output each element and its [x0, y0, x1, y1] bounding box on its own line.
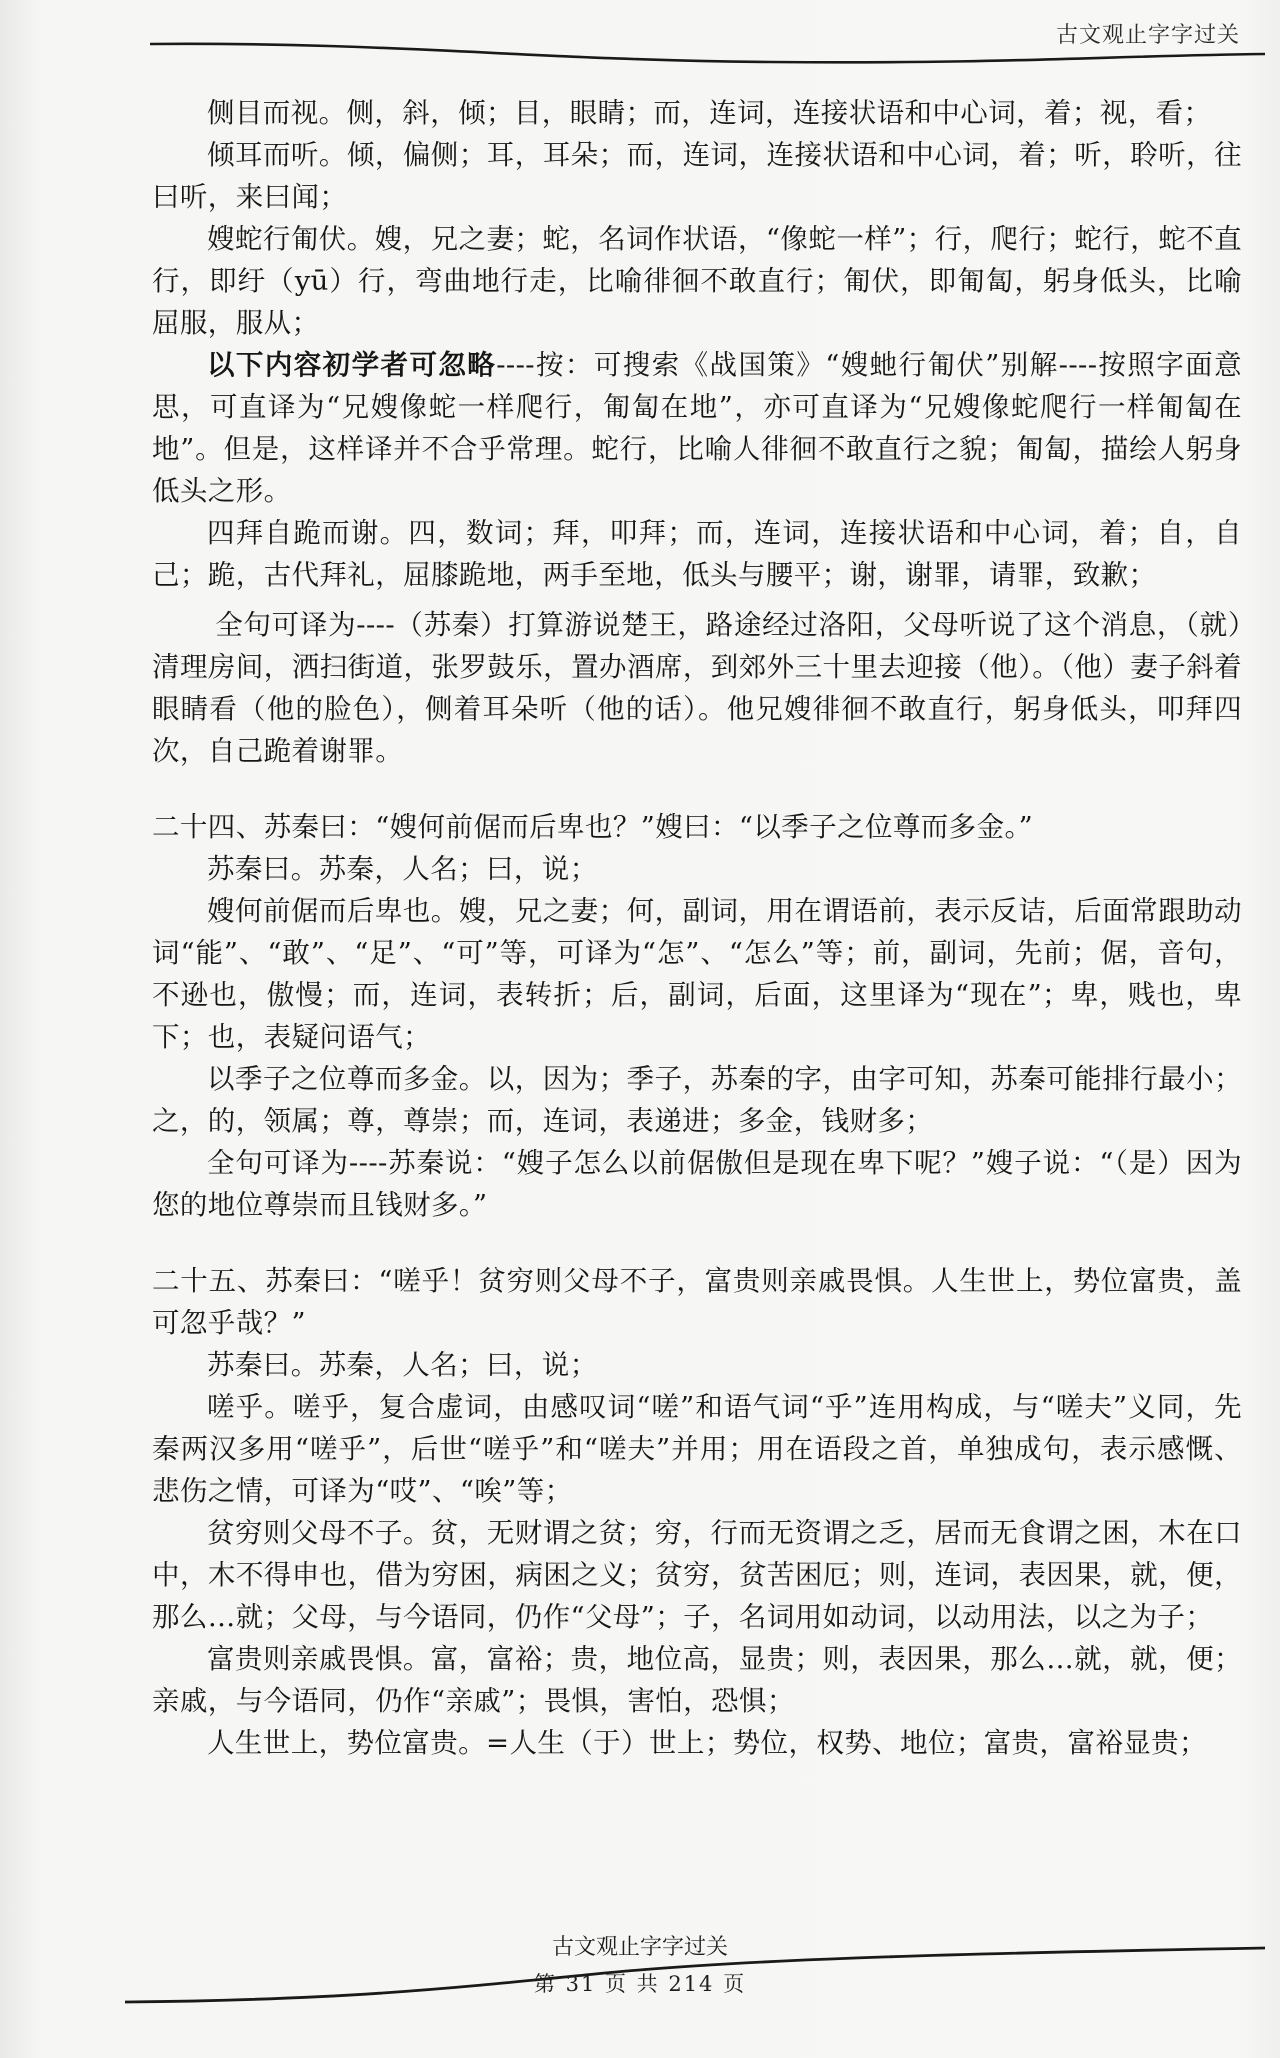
scanned-page: 古文观止字字过关 侧目而视。侧，斜，倾；目，眼睛；而，连词，连接状语和中心词，着… — [0, 0, 1280, 2058]
paragraph-qing-er-er-ting: 倾耳而听。倾，偏侧；耳，耳朵；而，连词，连接状语和中心词，着；听，聆听，往曰听，… — [152, 134, 1242, 218]
paragraph-sao-she-xing: 嫂蛇行匍伏。嫂，兄之妻；蛇，名词作状语，“像蛇一样”；行，爬行；蛇行，蛇不直行，… — [152, 218, 1242, 344]
paragraph-pin-qiong: 贫穷则父母不子。贫，无财谓之贫；穷，行而无资谓之乏，居而无食谓之困，木在口中，木… — [152, 1512, 1242, 1638]
paragraph-jie-hu: 嗟乎。嗟乎，复合虚词，由感叹词“嗟”和语气词“乎”连用构成，与“嗟夫”义同，先秦… — [152, 1386, 1242, 1512]
paragraph-yi-ji-zi: 以季子之位尊而多金。以，因为；季子，苏秦的字，由字可知，苏秦可能排行最小；之，的… — [152, 1058, 1242, 1142]
section-heading-24: 二十四、苏秦曰：“嫂何前倨而后卑也？”嫂曰：“以季子之位尊而多金。” — [152, 806, 1242, 848]
advanced-note-lead: 以下内容初学者可忽略 — [207, 349, 496, 381]
paragraph-advanced-note: 以下内容初学者可忽略----按：可搜索《战国策》“嫂虵行匍伏”别解----按照字… — [152, 344, 1242, 512]
paragraph-translation-24: 全句可译为----苏秦说：“嫂子怎么以前倨傲但是现在卑下呢？”嫂子说：“（是）因… — [152, 1142, 1242, 1226]
paragraph-ce-mu-er-shi: 侧目而视。侧，斜，倾；目，眼睛；而，连词，连接状语和中心词，着；视，看； — [152, 92, 1242, 134]
header-rule — [150, 38, 1265, 68]
paragraph-ren-sheng: 人生世上，势位富贵。=人生（于）世上；势位，权势、地位；富贵，富裕显贵； — [152, 1722, 1242, 1764]
paragraph-fu-gui: 富贵则亲戚畏惧。富，富裕；贵，地位高，显贵；则，表因果，那么…就，就，便；亲戚，… — [152, 1638, 1242, 1722]
paragraph-translation-23: 全句可译为----（苏秦）打算游说楚王，路途经过洛阳，父母听说了这个消息，（就）… — [152, 604, 1242, 772]
paragraph-su-qin-yue-2: 苏秦曰。苏秦，人名；曰，说； — [152, 1344, 1242, 1386]
body-text: 侧目而视。侧，斜，倾；目，眼睛；而，连词，连接状语和中心词，着；视，看； 倾耳而… — [152, 92, 1242, 1764]
section-heading-25: 二十五、苏秦曰：“嗟乎！贫穷则父母不子，富贵则亲戚畏惧。人生世上，势位富贵，盖可… — [152, 1260, 1242, 1344]
paragraph-su-qin-yue: 苏秦曰。苏秦，人名；曰，说； — [152, 848, 1242, 890]
paragraph-sao-he-qian-ju: 嫂何前倨而后卑也。嫂，兄之妻；何，副词，用在谓语前，表示反诘，后面常跟助动词“能… — [152, 890, 1242, 1058]
page-number: 第 31 页 共 214 页 — [0, 1968, 1280, 1998]
paragraph-si-bai: 四拜自跪而谢。四，数词；拜，叩拜；而，连词，连接状语和中心词，着；自，自己；跪，… — [152, 512, 1242, 596]
